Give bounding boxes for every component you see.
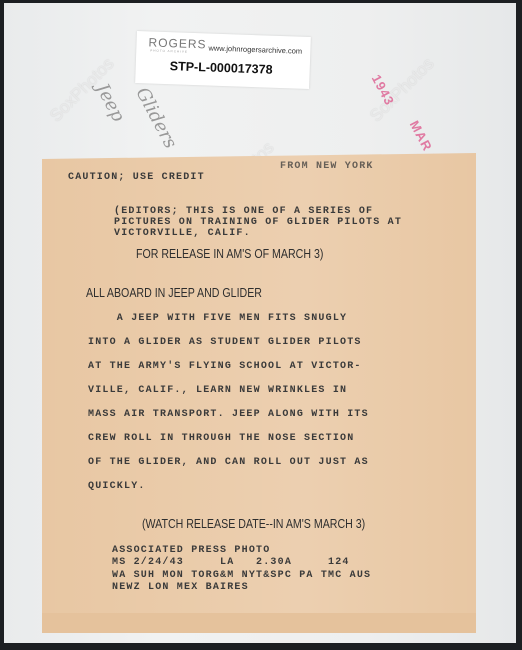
routing-line: WA SUH MON TORG&M NYT&SPC PA TMC AUS bbox=[112, 570, 371, 581]
editors-note-line: (EDITORS; THIS IS ONE OF A SERIES OF bbox=[114, 206, 373, 217]
release-line: FOR RELEASE IN AM'S OF MARCH 3) bbox=[136, 247, 323, 261]
archive-url: www.johnrogersarchive.com bbox=[208, 43, 302, 55]
body-line: QUICKLY. bbox=[88, 481, 146, 492]
editors-note-line: PICTURES ON TRAINING OF GLIDER PILOTS AT bbox=[114, 217, 402, 228]
headline: ALL ABOARD IN JEEP AND GLIDER bbox=[86, 286, 262, 300]
clipping-bottom-edge bbox=[42, 613, 476, 633]
body-line: AT THE ARMY'S FLYING SCHOOL AT VICTOR- bbox=[88, 361, 362, 372]
caution-line: CAUTION; USE CREDIT bbox=[68, 172, 205, 183]
caption-clipping: FROM NEW YORK CAUTION; USE CREDIT (EDITO… bbox=[42, 153, 476, 633]
body-line: MASS AIR TRANSPORT. JEEP ALONG WITH ITS bbox=[88, 409, 369, 420]
body-line: VILLE, CALIF., LEARN NEW WRINKLES IN bbox=[88, 385, 347, 396]
archive-code: STP-L-000017378 bbox=[170, 59, 273, 77]
agency-line: ASSOCIATED PRESS PHOTO bbox=[112, 545, 270, 556]
header-fragment: FROM NEW YORK bbox=[280, 161, 374, 172]
watch-release-line: (WATCH RELEASE DATE--IN AM'S MARCH 3) bbox=[142, 517, 365, 531]
archive-label: ROGERS PHOTO ARCHIVE www.johnrogersarchi… bbox=[135, 31, 311, 89]
dispatch-line: MS 2/24/43 LA 2.30A 124 bbox=[112, 557, 350, 568]
archive-brand-subtitle: PHOTO ARCHIVE bbox=[150, 48, 188, 53]
body-line: OF THE GLIDER, AND CAN ROLL OUT JUST AS bbox=[88, 457, 369, 468]
routing-line: NEWZ LON MEX BAIRES bbox=[112, 582, 249, 593]
body-line: INTO A GLIDER AS STUDENT GLIDER PILOTS bbox=[88, 337, 362, 348]
body-line: CREW ROLL IN THROUGH THE NOSE SECTION bbox=[88, 433, 354, 444]
editors-note-line: VICTORVILLE, CALIF. bbox=[114, 228, 251, 239]
body-line: A JEEP WITH FIVE MEN FITS SNUGLY bbox=[88, 313, 347, 324]
